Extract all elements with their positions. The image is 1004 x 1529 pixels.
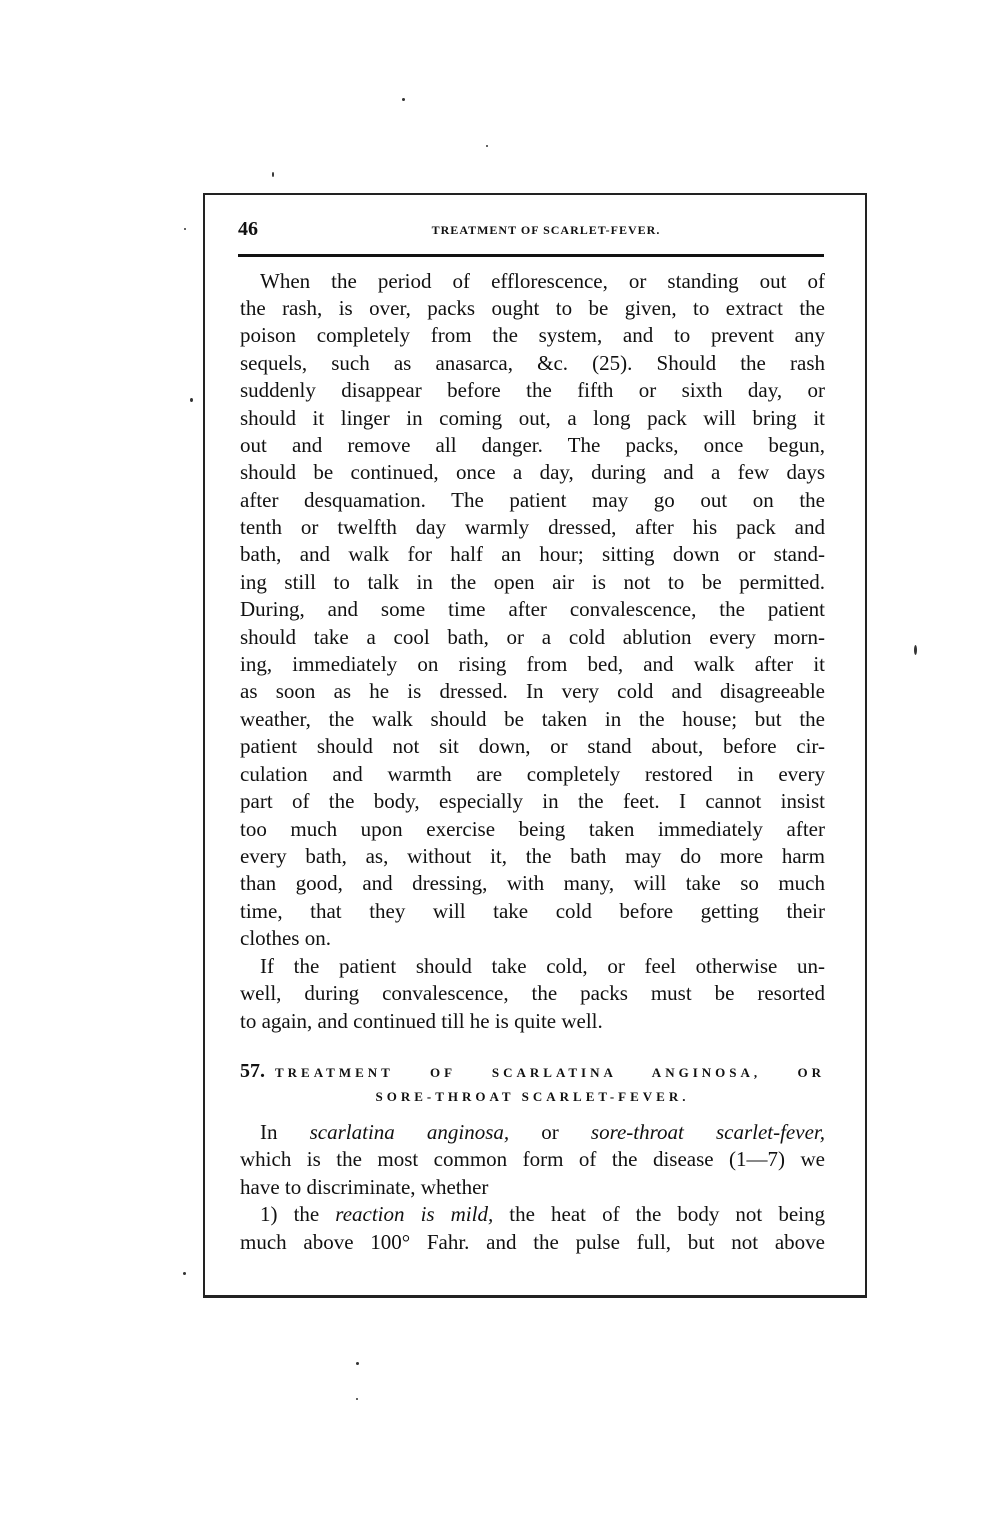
- italic-term: reaction is mild,: [335, 1202, 493, 1226]
- text-line: bath, and walk for half an hour; sitting…: [240, 541, 825, 568]
- section-heading-line-2: SORE-THROAT SCARLET-FEVER.: [240, 1086, 825, 1108]
- text-line: have to discriminate, whether: [240, 1174, 825, 1201]
- page-header: 46 TREATMENT OF SCARLET-FEVER.: [238, 218, 824, 242]
- italic-term: scarlatina anginosa,: [310, 1120, 510, 1144]
- text-line: tenth or twelfth day warmly dressed, aft…: [240, 514, 825, 541]
- text-line: poison completely from the system, and t…: [240, 322, 825, 349]
- text-line: as soon as he is dressed. In very cold a…: [240, 678, 825, 705]
- scan-speck: [190, 398, 193, 402]
- scan-speck: [402, 98, 405, 101]
- text-span: 1) the: [260, 1202, 335, 1226]
- text-line: to again, and continued till he is quite…: [240, 1008, 825, 1035]
- text-line: ing still to talk in the open air is not…: [240, 569, 825, 596]
- text-line: patient should not sit down, or stand ab…: [240, 733, 825, 760]
- header-rule: [238, 254, 824, 257]
- text-line: after desquamation. The patient may go o…: [240, 487, 825, 514]
- text-line: well, during convalescence, the packs mu…: [240, 980, 825, 1007]
- text-line: too much upon exercise being taken immed…: [240, 816, 825, 843]
- text-span: the heat of the body not being: [493, 1202, 825, 1226]
- text-line: should it linger in coming out, a long p…: [240, 405, 825, 432]
- text-line: much above 100° Fahr. and the pulse full…: [240, 1229, 825, 1256]
- section-number: 57.: [240, 1060, 265, 1082]
- section-title-line-1: TREATMENT OF SCARLATINA ANGINOSA, OR: [275, 1065, 825, 1080]
- text-line: time, that they will take cold before ge…: [240, 898, 825, 925]
- text-line: which is the most common form of the dis…: [240, 1146, 825, 1173]
- scan-speck: [356, 1362, 359, 1365]
- scan-speck: [356, 1398, 358, 1400]
- section-heading: 57.TREATMENT OF SCARLATINA ANGINOSA, OR: [240, 1060, 825, 1082]
- text-line: part of the body, especially in the feet…: [240, 788, 825, 815]
- text-line: out and remove all danger. The packs, on…: [240, 432, 825, 459]
- text-line: clothes on.: [240, 925, 825, 952]
- text-line: In scarlatina anginosa, or sore-throat s…: [260, 1119, 825, 1146]
- text-line: should be continued, once a day, during …: [240, 459, 825, 486]
- italic-term: sore-throat scarlet-fever,: [591, 1120, 825, 1144]
- running-head: TREATMENT OF SCARLET-FEVER.: [238, 223, 824, 238]
- text-line: the rash, is over, packs ought to be giv…: [240, 295, 825, 322]
- text-span: In: [260, 1120, 310, 1144]
- text-line: weather, the walk should be taken in the…: [240, 706, 825, 733]
- text-line: ing, immediately on rising from bed, and…: [240, 651, 825, 678]
- text-line: than good, and dressing, with many, will…: [240, 870, 825, 897]
- scan-speck: [486, 145, 488, 147]
- scan-speck: [183, 1272, 186, 1275]
- text-line: When the period of efflorescence, or sta…: [260, 268, 825, 295]
- scan-speck: [184, 228, 186, 230]
- text-line: During, and some time after convalescenc…: [240, 596, 825, 623]
- text-line: If the patient should take cold, or feel…: [260, 953, 825, 980]
- text-line: every bath, as, without it, the bath may…: [240, 843, 825, 870]
- text-line: suddenly disappear before the fifth or s…: [240, 377, 825, 404]
- text-line: culation and warmth are completely resto…: [240, 761, 825, 788]
- text-line: 1) the reaction is mild, the heat of the…: [260, 1201, 825, 1228]
- text-line: should take a cool bath, or a cold ablut…: [240, 624, 825, 651]
- text-line: sequels, such as anasarca, &c. (25). Sho…: [240, 350, 825, 377]
- text-span: or: [509, 1120, 591, 1144]
- scan-speck: [914, 645, 917, 655]
- scan-speck: [272, 172, 274, 177]
